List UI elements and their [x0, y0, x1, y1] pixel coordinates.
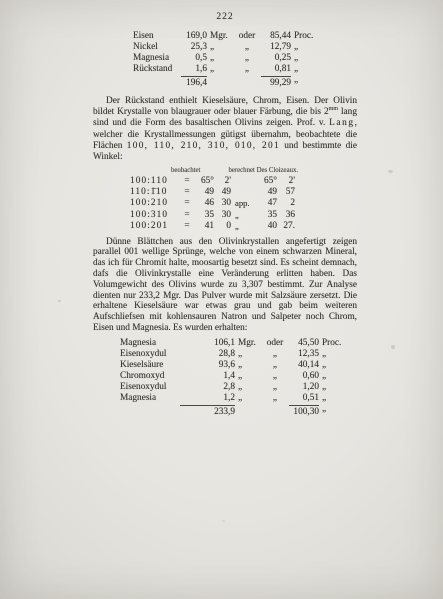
row-label: Magnesia [120, 393, 180, 404]
row-percent: 12,79 [261, 42, 291, 53]
row-unit: „ [235, 349, 261, 360]
observed-minutes: 2' [214, 176, 231, 187]
row-conjunction: „ [261, 382, 289, 393]
scan-speck [388, 170, 393, 173]
row-percent: 0,60 [289, 371, 319, 382]
row-percent: 85,44 [261, 31, 291, 42]
row-value: 2,8 [180, 382, 235, 393]
equals-sign: = [180, 210, 194, 221]
row-conjunction: oder [261, 338, 289, 349]
row-percent-unit: „ [319, 382, 349, 393]
row-label: Eisenoxydul [120, 382, 180, 393]
observed-minutes: 0 [214, 221, 231, 232]
table-total-row: 233,9 100,30 „ [120, 404, 357, 418]
row-percent-unit: Proc. [291, 31, 319, 42]
calculated-degrees: 47 [257, 198, 277, 209]
total-percent: 99,29 [261, 76, 291, 89]
row-value: 1,4 [180, 371, 235, 382]
table-row: Magnesia 0,5 „ „ 0,25 „ [133, 53, 357, 64]
observed-degrees: 49 [194, 187, 214, 198]
row-value: 25,3 [181, 42, 207, 53]
row-unit: „ [235, 393, 261, 404]
row-percent: 45,50 [289, 338, 319, 349]
row-value: 106,1 [180, 338, 235, 349]
row-label: Magnesia [120, 338, 180, 349]
table-row: Eisenoxydul 2,8 „ „ 1,20 „ [120, 382, 357, 393]
row-unit: „ [235, 360, 261, 371]
row-label [120, 404, 180, 418]
calculated-minutes: 2' [277, 176, 295, 187]
angle-row: 110:1̄10 = 49 49 49 57 [130, 187, 357, 198]
row-percent-unit: „ [291, 53, 319, 64]
angle-row: 100:210 = 46 30 app. 47 2 [130, 198, 357, 209]
total-percent: 100,30 [289, 405, 319, 418]
row-conjunction: oder [233, 31, 261, 42]
row-percent-unit: „ [319, 371, 349, 382]
table-row: Nickel 25,3 „ „ 12,79 „ [133, 42, 357, 53]
calculated-degrees: 49 [257, 187, 277, 198]
row-conjunction: „ [233, 53, 261, 64]
row-unit [235, 404, 261, 418]
row-label: Kieselsäure [120, 360, 180, 371]
equals-sign: = [180, 187, 194, 198]
analysis-table-eisen: Eisen 169,0 Mgr. oder 85,44 Proc. Nickel… [133, 31, 357, 89]
row-percent: 0,25 [261, 53, 291, 64]
row-conjunction: „ [233, 42, 261, 53]
row-label: Chromoxyd [120, 371, 180, 382]
observed-minutes: 30 [214, 198, 231, 209]
observed-degrees: 46 [194, 198, 214, 209]
analysis-table-magnesia: Magnesia 106,1 Mgr. oder 45,50 Proc. Eis… [120, 338, 357, 418]
row-value: 169,0 [181, 31, 207, 42]
angle-row: 100:310 = 35 30 „ 35 36 [130, 210, 357, 221]
row-label: Magnesia [133, 53, 181, 64]
row-value: 93,6 [180, 360, 235, 371]
observed-column-header: beobachtet [171, 167, 200, 175]
row-percent: 0,81 [261, 64, 291, 75]
table-row: Chromoxyd 1,4 „ „ 0,60 „ [120, 371, 357, 382]
row-percent-unit: „ [291, 64, 319, 75]
table-row: Magnesia 106,1 Mgr. oder 45,50 Proc. [120, 338, 357, 349]
page-content: 222 Eisen 169,0 Mgr. oder 85,44 Proc. Ni… [93, 12, 357, 418]
row-value: 1,2 [180, 393, 235, 404]
row-percent-unit: „ [319, 393, 349, 404]
calculated-minutes: 27. [277, 221, 295, 232]
table-row: Kieselsäure 93,6 „ „ 40,14 „ [120, 360, 357, 371]
row-conjunction: „ [261, 393, 289, 404]
row-label: Eisenoxydul [120, 349, 180, 360]
table-total-row: 196,4 99,29 „ [133, 75, 357, 89]
row-percent-unit: Proc. [319, 338, 349, 349]
row-percent-unit: „ [291, 42, 319, 53]
calculated-column-header: berechnet Des Cloizeaux. [228, 167, 298, 175]
observed-degrees: 41 [194, 221, 214, 232]
total-value: 196,4 [181, 76, 207, 89]
equals-sign: = [180, 221, 194, 232]
total-percent-unit: „ [319, 404, 349, 418]
table-row: Rückstand 1,6 „ „ 0,81 „ [133, 64, 357, 75]
crystal-face-indices: 100, 110, 210, 310, 010, 201 [127, 141, 280, 151]
row-label: Nickel [133, 42, 181, 53]
row-label: Eisen [133, 31, 181, 42]
observation-note [231, 176, 257, 187]
calculated-degrees: 40 [257, 221, 277, 232]
observation-note: app. [231, 198, 257, 209]
paragraph-blaettchen: Dünne Blättchen aus den Olivinkrystallen… [93, 237, 357, 334]
total-value: 233,9 [180, 405, 235, 418]
row-conjunction: „ [261, 371, 289, 382]
scanned-book-page: 222 Eisen 169,0 Mgr. oder 85,44 Proc. Ni… [0, 0, 443, 599]
row-value: 1,6 [181, 64, 207, 75]
angle-table-header: beobachtet berechnet Des Cloizeaux. [93, 167, 357, 175]
row-value: 0,5 [181, 53, 207, 64]
paragraph-text: Der Rückstand enthielt Kieselsäure, Chro… [93, 96, 357, 117]
person-name-lang: Lang [329, 118, 355, 128]
observed-minutes: 30 [214, 210, 231, 221]
row-unit: Mgr. [235, 338, 261, 349]
table-row: Magnesia 1,2 „ „ 0,51 „ [120, 393, 357, 404]
row-unit: Mgr. [207, 31, 233, 42]
row-value: 28,8 [180, 349, 235, 360]
superscript-mm: mm [329, 106, 338, 112]
row-unit: „ [207, 42, 233, 53]
face-pair: 110:1̄10 [130, 187, 180, 198]
equals-sign: = [180, 176, 194, 187]
row-unit: „ [207, 64, 233, 75]
row-unit [207, 75, 233, 89]
observed-minutes: 49 [214, 187, 231, 198]
observation-note: „ [231, 210, 257, 221]
face-pair: 100:110 [130, 176, 180, 187]
row-conjunction: „ [261, 360, 289, 371]
row-unit: „ [235, 371, 261, 382]
face-pair: 100:310 [130, 210, 180, 221]
calculated-degrees: 65° [257, 176, 277, 187]
observed-degrees: 35 [194, 210, 214, 221]
row-percent-unit: „ [319, 360, 349, 371]
calculated-minutes: 57 [277, 187, 295, 198]
face-pair: 100:201 [130, 221, 180, 232]
equals-sign: = [180, 198, 194, 209]
row-unit: „ [207, 53, 233, 64]
observation-note [231, 187, 257, 198]
row-conjunction [233, 75, 261, 89]
face-pair: 100:210 [130, 198, 180, 209]
row-percent: 1,20 [289, 382, 319, 393]
observed-degrees: 65° [194, 176, 214, 187]
angle-table: beobachtet berechnet Des Cloizeaux. 100:… [93, 167, 357, 231]
angle-row: 100:110 = 65° 2' 65° 2' [130, 176, 357, 187]
paragraph-rueckstand: Der Rückstand enthielt Kieselsäure, Chro… [93, 96, 357, 163]
table-row: Eisen 169,0 Mgr. oder 85,44 Proc. [133, 31, 357, 42]
row-conjunction [261, 404, 289, 418]
scan-speck [222, 520, 225, 522]
calculated-degrees: 35 [257, 210, 277, 221]
total-percent-unit: „ [291, 75, 319, 89]
row-percent: 40,14 [289, 360, 319, 371]
row-conjunction: „ [261, 349, 289, 360]
scan-speck [58, 300, 61, 302]
calculated-minutes: 36 [277, 210, 295, 221]
row-label [133, 75, 181, 89]
angle-row: 100:201 = 41 0 „ 40 27. [130, 221, 357, 232]
row-percent-unit: „ [319, 349, 349, 360]
scan-speck [391, 345, 395, 349]
row-conjunction: „ [233, 64, 261, 75]
observation-note: „ [231, 221, 257, 232]
table-row: Eisenoxydul 28,8 „ „ 12,35 „ [120, 349, 357, 360]
row-unit: „ [235, 382, 261, 393]
page-number: 222 [93, 12, 357, 22]
row-label: Rückstand [133, 64, 181, 75]
row-percent: 12,35 [289, 349, 319, 360]
calculated-minutes: 2 [277, 198, 295, 209]
row-percent: 0,51 [289, 393, 319, 404]
